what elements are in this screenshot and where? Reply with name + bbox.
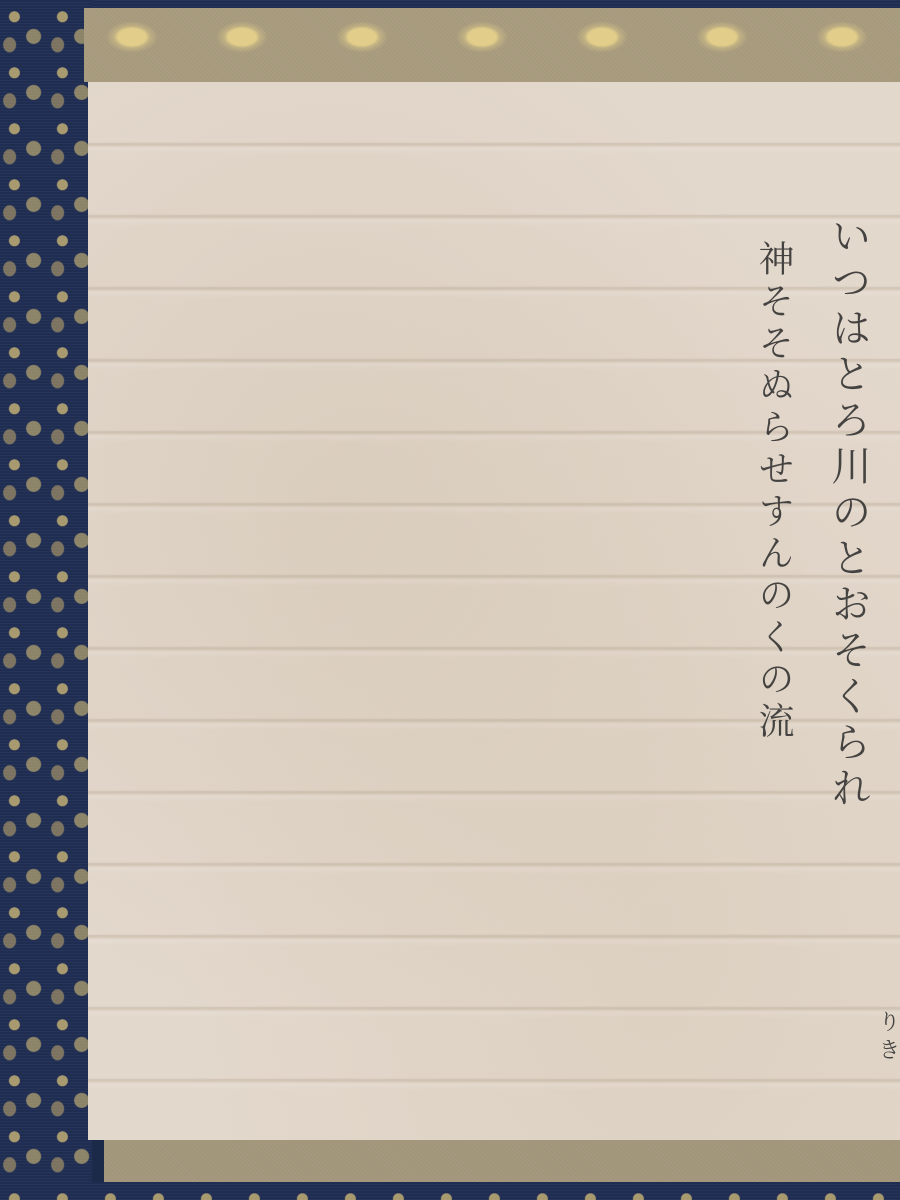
brocade-left-border	[0, 0, 92, 1200]
calligraphy-column-3: りき	[872, 1010, 900, 1066]
brocade-bottom-border	[0, 1182, 900, 1200]
gold-motif	[444, 14, 520, 60]
calligraphy-column-2: 神そそぬらせすんのくの流	[748, 240, 799, 744]
gold-motif	[204, 14, 280, 60]
ichimonji-top-band	[84, 8, 900, 82]
gold-motif	[564, 14, 640, 60]
ichimonji-bottom-band	[104, 1140, 900, 1182]
gold-motif	[804, 14, 880, 60]
gold-motif	[94, 14, 170, 60]
calligraphy-column-1: いつはとろ川のとおそくられ	[820, 215, 877, 813]
gold-motif	[684, 14, 760, 60]
gold-motif	[324, 14, 400, 60]
